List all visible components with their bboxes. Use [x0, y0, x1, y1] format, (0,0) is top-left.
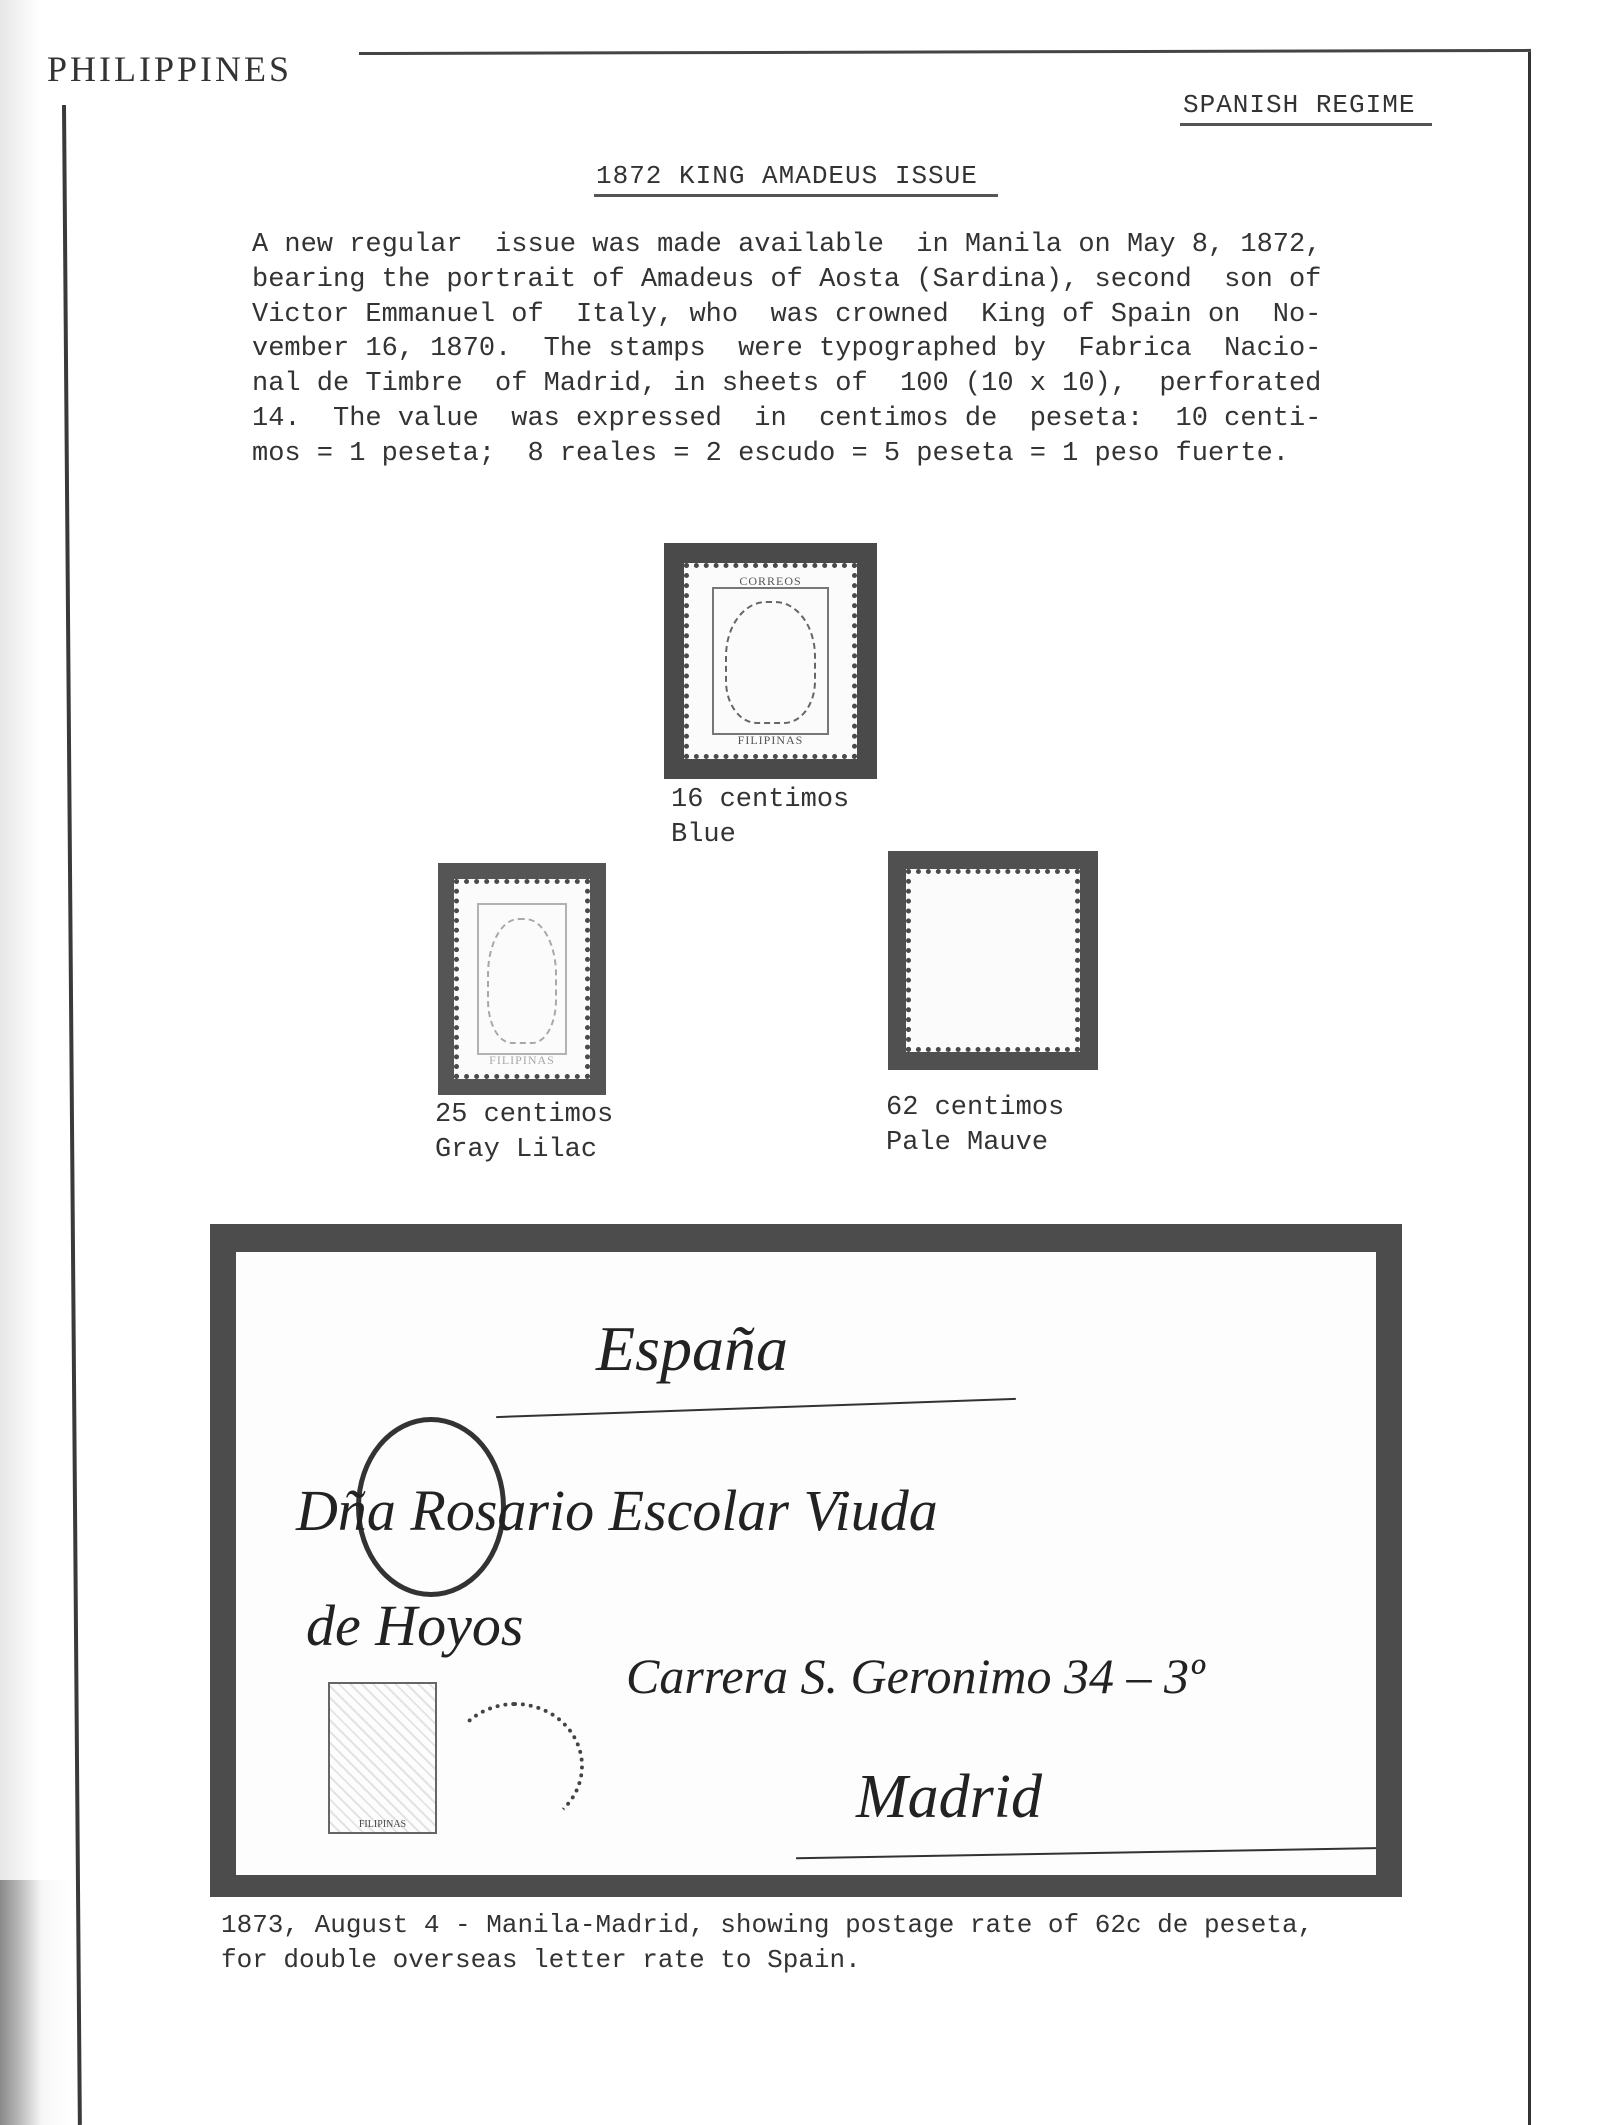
intro-line: vember 16, 1870. The stamps were typogra…	[252, 332, 1412, 367]
cover-caption-line: 1873, August 4 - Manila-Madrid, showing …	[221, 1908, 1313, 1943]
address-city-underline	[796, 1847, 1376, 1859]
stamp-16-centimos: CORREOS FILIPINAS	[664, 543, 877, 779]
stamp-value: 16 centimos	[671, 783, 849, 818]
stamp-image-faded	[906, 869, 1080, 1052]
stamp-color: Blue	[671, 818, 849, 853]
frame-right-border	[1528, 52, 1531, 2125]
cover-stamp-text: FILIPINAS	[330, 1819, 435, 1830]
frame-top-border	[359, 49, 1531, 55]
stamp-bottom-text: FILIPINAS	[464, 1053, 580, 1068]
scan-edge-shadow	[0, 0, 40, 2125]
stamp-image: CORREOS FILIPINAS	[684, 563, 857, 759]
amadeus-portrait-icon	[487, 918, 558, 1043]
stamp-62-centimos	[888, 851, 1098, 1070]
address-underline	[496, 1398, 1016, 1418]
intro-line: 14. The value was expressed in centimos …	[252, 402, 1412, 437]
address-country: España	[596, 1312, 788, 1386]
scan-edge-shadow-bottom	[0, 1880, 70, 2125]
address-city: Madrid	[856, 1762, 1042, 1833]
frame-left-border	[62, 105, 82, 2125]
intro-line: mos = 1 peseta; 8 reales = 2 escudo = 5 …	[252, 437, 1412, 472]
intro-line: A new regular issue was made available i…	[252, 228, 1412, 263]
stamp-value: 25 centimos	[435, 1098, 613, 1133]
cover-caption-line: for double overseas letter rate to Spain…	[221, 1943, 1313, 1978]
intro-line: nal de Timbre of Madrid, in sheets of 10…	[252, 367, 1412, 402]
stamp-caption: 16 centimos Blue	[671, 783, 849, 853]
stamp-bottom-text: FILIPINAS	[696, 733, 846, 748]
cover-envelope: España Dña Rosario Escolar Viuda de Hoyo…	[236, 1252, 1376, 1875]
address-recipient-cont: de Hoyos	[306, 1592, 523, 1659]
stamp-top-text: CORREOS	[696, 574, 846, 589]
cover-stamp: FILIPINAS	[328, 1682, 437, 1834]
stamp-color: Pale Mauve	[886, 1126, 1064, 1161]
address-street: Carrera S. Geronimo 34 – 3º	[626, 1647, 1204, 1705]
page-title: 1872 KING AMADEUS ISSUE	[596, 161, 978, 191]
section-underline	[1180, 123, 1432, 126]
stamp-color: Gray Lilac	[435, 1133, 613, 1168]
stamp-caption: 25 centimos Gray Lilac	[435, 1098, 613, 1168]
postal-cover: España Dña Rosario Escolar Viuda de Hoyo…	[210, 1224, 1402, 1897]
cover-caption: 1873, August 4 - Manila-Madrid, showing …	[221, 1908, 1313, 1978]
title-underline	[594, 194, 998, 197]
stamp-caption: 62 centimos Pale Mauve	[886, 1091, 1064, 1161]
intro-line: Victor Emmanuel of Italy, who was crowne…	[252, 298, 1412, 333]
stamp-image: FILIPINAS	[454, 879, 590, 1079]
page-country-heading: PHILIPPINES	[47, 48, 292, 90]
intro-line: bearing the portrait of Amadeus of Aosta…	[252, 263, 1412, 298]
cancellation-mark-icon	[446, 1702, 584, 1830]
stamp-25-centimos: FILIPINAS	[438, 863, 606, 1095]
address-recipient: Dña Rosario Escolar Viuda	[296, 1477, 938, 1544]
intro-paragraph: A new regular issue was made available i…	[252, 228, 1412, 472]
amadeus-portrait-icon	[725, 601, 816, 724]
stamp-value: 62 centimos	[886, 1091, 1064, 1126]
section-label: SPANISH REGIME	[1183, 90, 1415, 120]
